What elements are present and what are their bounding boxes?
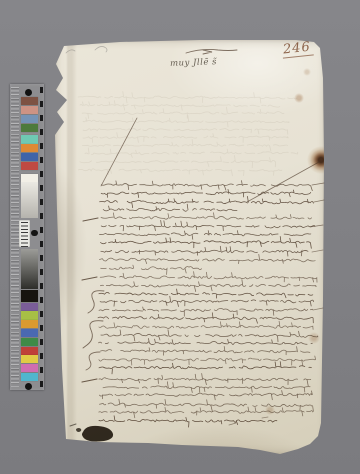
folio-number-text: 246 [281,39,313,58]
manuscript-page: 246 muy Jllẽ s̃ [52,38,326,458]
color-patch [21,162,38,170]
color-patch [21,115,38,123]
color-patch [21,174,38,182]
color-patch [21,320,38,328]
color-patch [21,338,38,346]
photo-stage: 246 muy Jllẽ s̃ [0,0,360,474]
color-patch [21,124,38,132]
color-patch [21,364,38,372]
color-patch [21,153,38,161]
color-patch [21,106,38,114]
header-inscription: muy Jllẽ s̃ [170,57,217,69]
target-micro-label [21,220,38,248]
color-patch [21,347,38,355]
registration-dot [21,87,38,97]
color-patch [21,144,38,152]
color-patch [21,97,38,105]
color-patch [21,303,38,311]
color-patch [21,290,38,303]
color-patch [21,311,38,319]
registration-dot [21,381,38,390]
color-patch [21,135,38,143]
color-calibration-target [10,84,44,390]
folio-number: 246 [281,39,313,57]
color-patch [21,355,38,363]
color-patch [21,329,38,337]
color-patch [21,373,38,381]
gray-step-ramp [21,249,38,289]
gray-step-ramp [21,182,38,218]
